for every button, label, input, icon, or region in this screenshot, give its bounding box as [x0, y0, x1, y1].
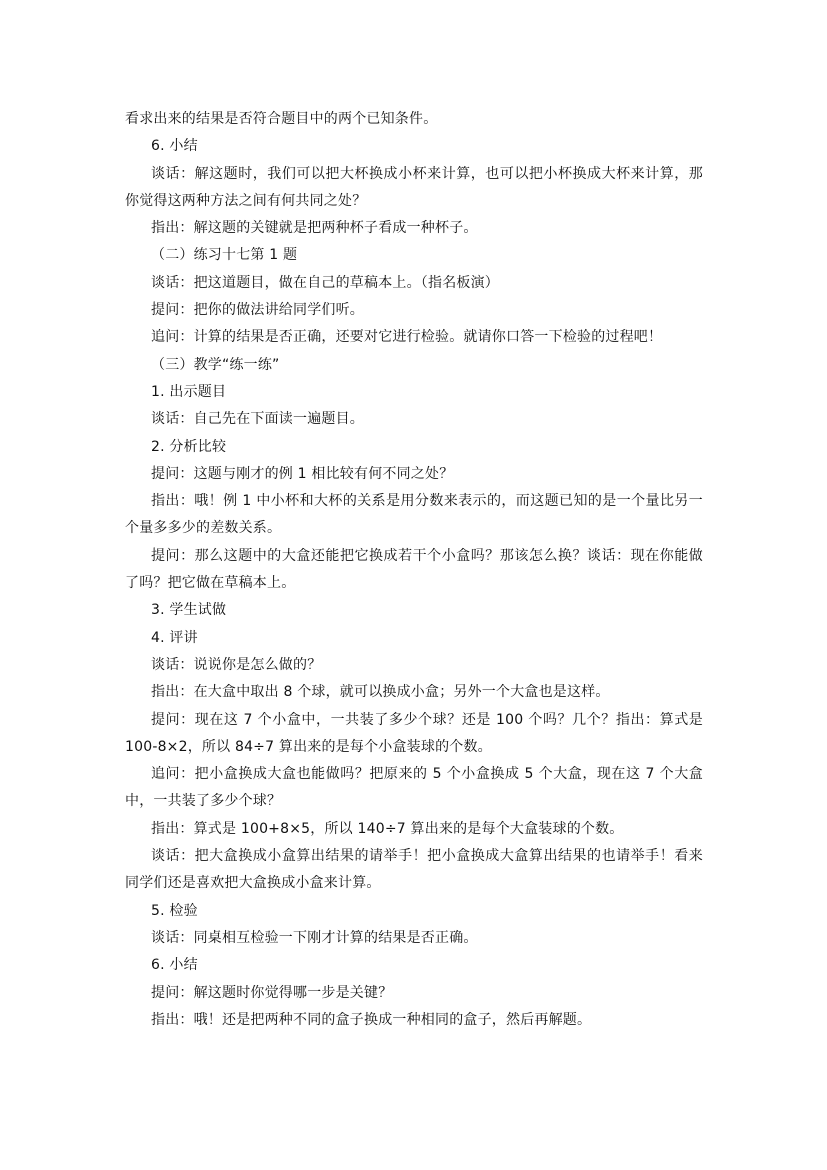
paragraph-question: 提问：解这题时你觉得哪一步是关键？ — [125, 980, 703, 1007]
paragraph-point-out: 指出：算式是 100+8×5，所以 140÷7 算出来的是每个大盒装球的个数。 — [125, 816, 703, 843]
paragraph-talk: 谈话：把大盒换成小盒算出结果的请举手！把小盒换成大盒算出结果的也请举手！看来同学… — [125, 843, 703, 898]
paragraph-follow-up: 追问：计算的结果是否正确，还要对它进行检验。就请你口答一下检验的过程吧！ — [125, 324, 703, 351]
paragraph-talk: 谈话：同桌相互检验一下刚才计算的结果是否正确。 — [125, 925, 703, 952]
paragraph-question: 提问：这题与刚才的例 1 相比较有何不同之处？ — [125, 461, 703, 488]
section-heading-exercise: （二）练习十七第 1 题 — [125, 242, 703, 269]
paragraph-follow-up: 追问：把小盒换成大盒也能做吗？把原来的 5 个小盒换成 5 个大盒，现在这 7 … — [125, 761, 703, 816]
section-heading-summary: 6. 小结 — [125, 133, 703, 160]
paragraph-talk: 谈话：把这道题目，做在自己的草稿本上。（指名板演） — [125, 270, 703, 297]
step-heading-5: 5. 检验 — [125, 898, 703, 925]
paragraph-point-out: 指出：在大盒中取出 8 个球，就可以换成小盒；另外一个大盒也是这样。 — [125, 679, 703, 706]
step-heading-1: 1. 出示题目 — [125, 379, 703, 406]
paragraph-point-out: 指出：解这题的关键就是把两种杯子看成一种杯子。 — [125, 215, 703, 242]
paragraph-talk: 谈话：说说你是怎么做的？ — [125, 652, 703, 679]
paragraph-point-out: 指出：哦！例 1 中小杯和大杯的关系是用分数来表示的，而这题已知的是一个量比另一… — [125, 488, 703, 543]
document-page: 看求出来的结果是否符合题目中的两个已知条件。 6. 小结 谈话：解这题时，我们可… — [125, 106, 703, 1034]
step-heading-6: 6. 小结 — [125, 952, 703, 979]
paragraph-question: 提问：现在这 7 个小盒中，一共装了多少个球？还是 100 个吗？几个？指出：算… — [125, 707, 703, 762]
step-heading-3: 3. 学生试做 — [125, 597, 703, 624]
paragraph-point-out: 指出：哦！还是把两种不同的盒子换成一种相同的盒子，然后再解题。 — [125, 1007, 703, 1034]
paragraph-question: 提问：那么这题中的大盒还能把它换成若干个小盒吗？那该怎么换？谈话：现在你能做了吗… — [125, 543, 703, 598]
paragraph-continuation: 看求出来的结果是否符合题目中的两个已知条件。 — [125, 106, 703, 133]
step-heading-4: 4. 评讲 — [125, 625, 703, 652]
paragraph-talk: 谈话：解这题时，我们可以把大杯换成小杯来计算，也可以把小杯换成大杯来计算，那你觉… — [125, 161, 703, 216]
step-heading-2: 2. 分析比较 — [125, 434, 703, 461]
paragraph-talk: 谈话：自己先在下面读一遍题目。 — [125, 406, 703, 433]
paragraph-question: 提问：把你的做法讲给同学们听。 — [125, 297, 703, 324]
section-heading-practice: （三）教学“练一练” — [125, 352, 703, 379]
